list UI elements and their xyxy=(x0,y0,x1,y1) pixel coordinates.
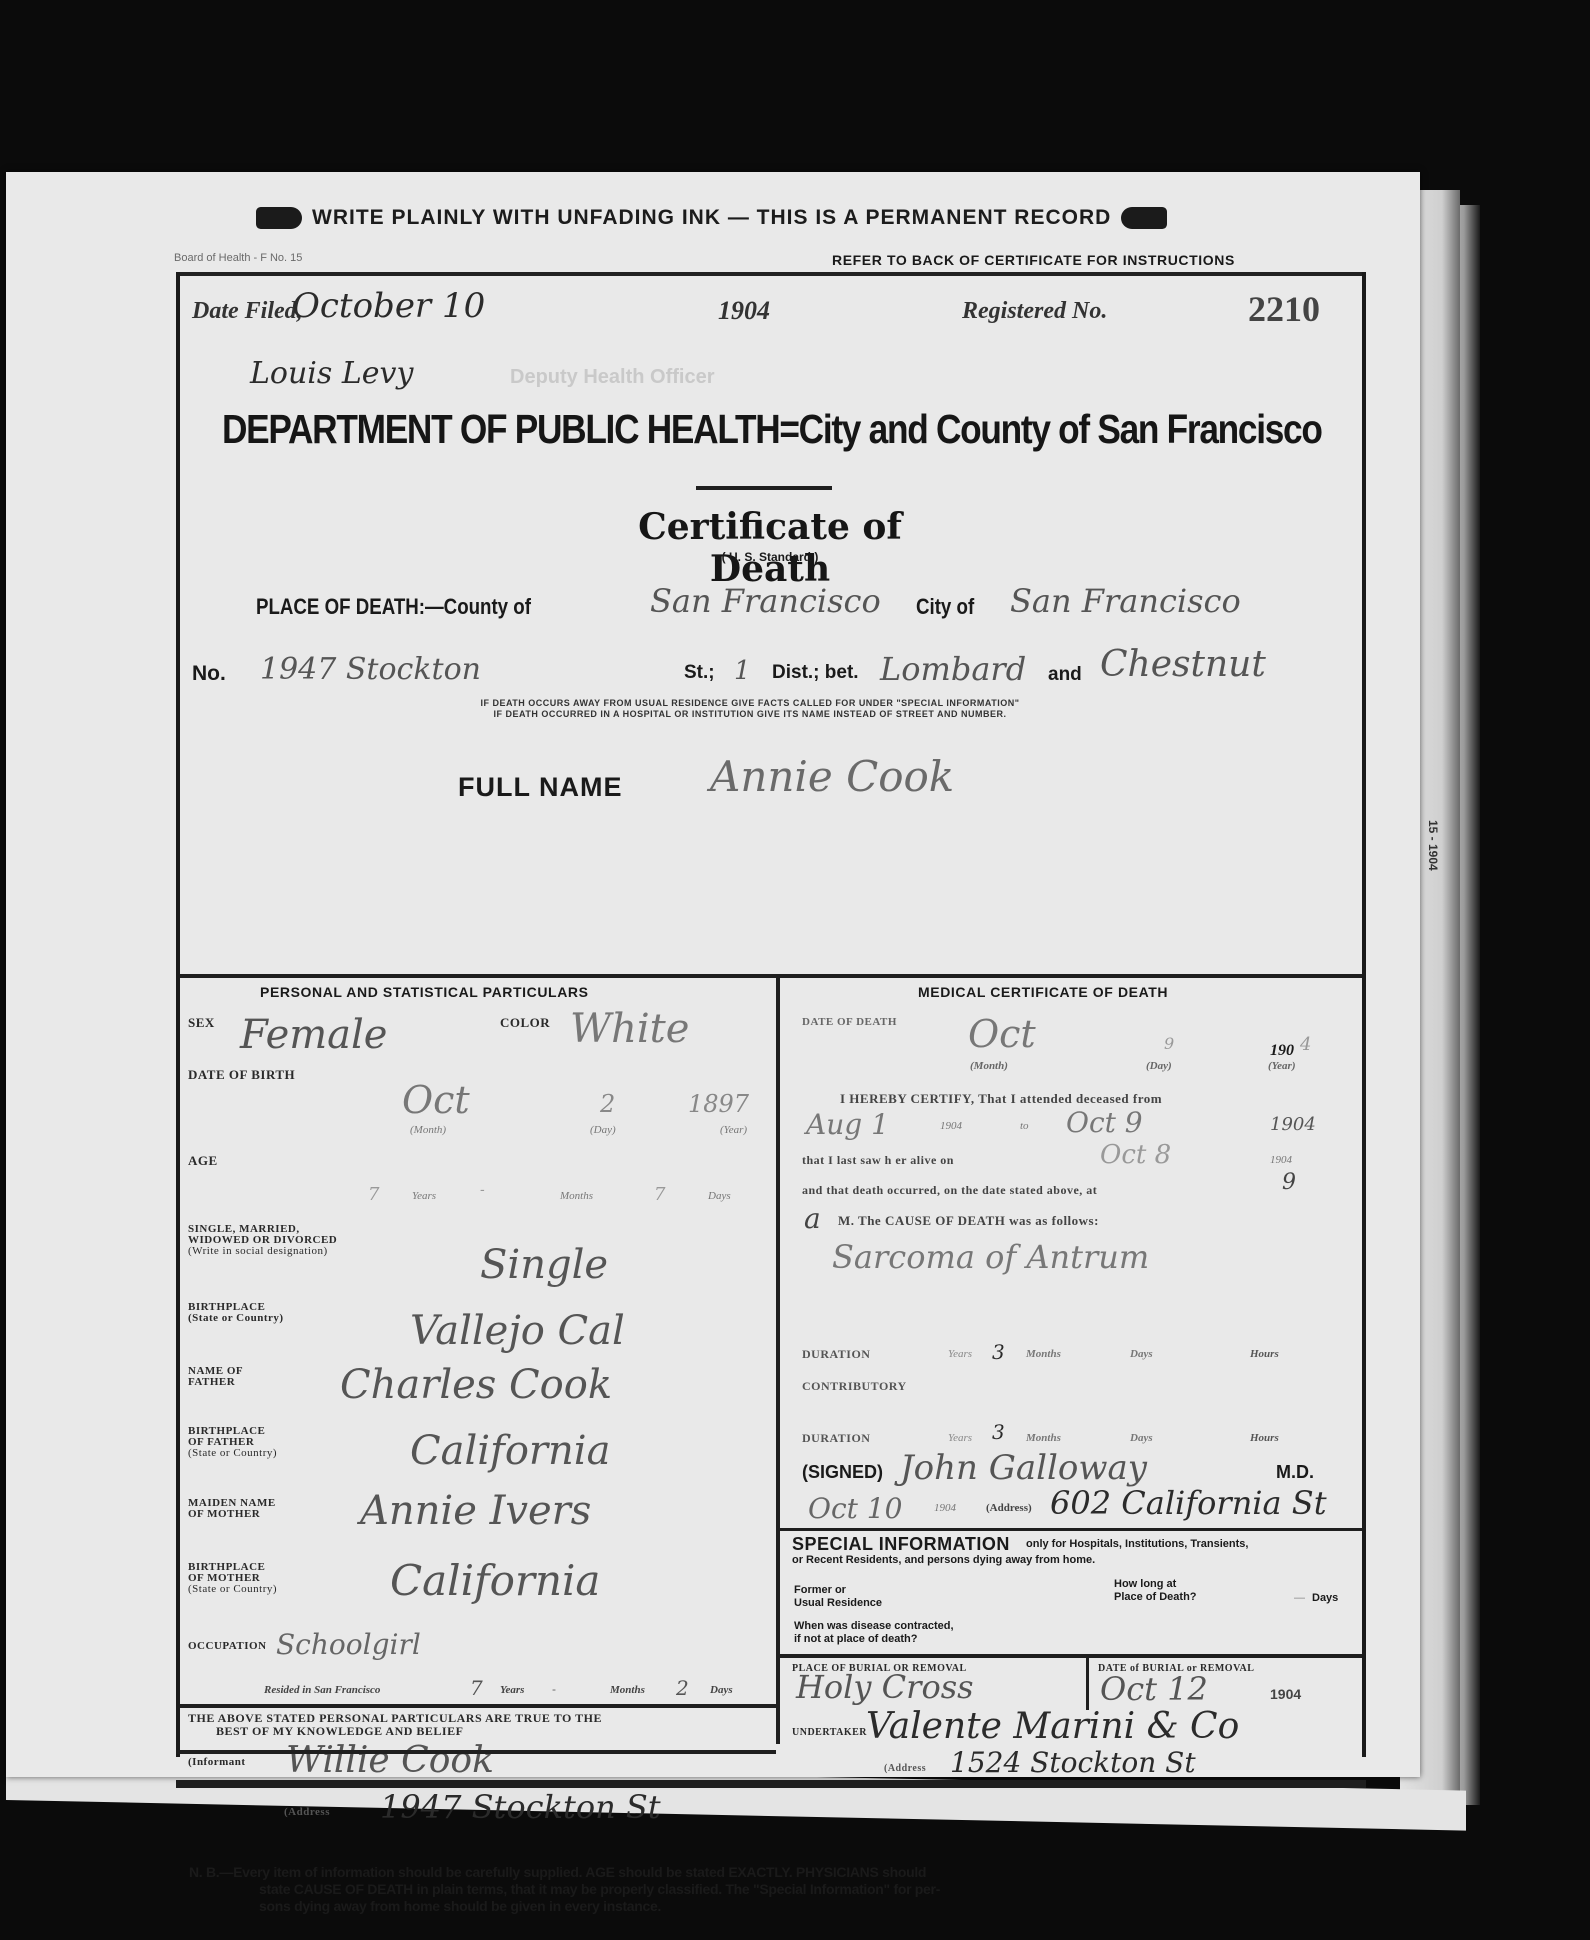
duration2-label: DURATION xyxy=(802,1432,870,1445)
undertaker-value: Valente Marini & Co xyxy=(866,1706,1239,1747)
personal-heading: PERSONAL AND STATISTICAL PARTICULARS xyxy=(260,984,589,1000)
informant-statement: THE ABOVE STATED PERSONAL PARTICULARS AR… xyxy=(188,1712,602,1738)
date-filed-value: October 10 xyxy=(292,286,485,326)
duration-years-caption: Years xyxy=(948,1348,972,1360)
age-years: 7 xyxy=(368,1184,379,1205)
father-name-label: NAME OF FATHER xyxy=(188,1366,243,1388)
burial-year: 1904 xyxy=(1270,1686,1301,1702)
registered-label: Registered No. xyxy=(962,298,1107,325)
to-label: to xyxy=(1020,1120,1029,1132)
st-label: St.; xyxy=(684,662,715,684)
resided-days: 2 xyxy=(676,1676,689,1700)
resided-label: Resided in San Francisco xyxy=(264,1684,380,1696)
certificate-subtitle: ( U. S. Standard ) xyxy=(670,550,870,564)
refer-note: REFER TO BACK OF CERTIFICATE FOR INSTRUC… xyxy=(832,252,1235,268)
informant-rule xyxy=(180,1704,776,1708)
former-residence-label: Former or Usual Residence xyxy=(794,1584,882,1610)
dod-day: 9 xyxy=(1164,1034,1174,1053)
how-long-value: — xyxy=(1294,1592,1305,1604)
how-long-days-label: Days xyxy=(1312,1592,1338,1604)
occupation-label: OCCUPATION xyxy=(188,1640,267,1653)
dob-label: DATE OF BIRTH xyxy=(188,1068,295,1081)
dod-day-caption: (Day) xyxy=(1146,1060,1172,1072)
contracted-label: When was disease contracted, if not at p… xyxy=(794,1620,954,1646)
place-of-death-label: PLACE OF DEATH:—County of xyxy=(256,594,531,620)
section-rule xyxy=(180,974,1362,978)
title-divider xyxy=(696,486,832,490)
undertaker-address-label: (Address xyxy=(884,1762,926,1775)
deputy-title: Deputy Health Officer xyxy=(510,366,714,389)
pointing-hand-icon xyxy=(1121,207,1167,229)
marital-value: Single xyxy=(480,1242,608,1288)
marital-label: SINGLE, MARRIED, WIDOWED OR DIVORCED (Wr… xyxy=(188,1224,337,1257)
department-title: DEPARTMENT OF PUBLIC HEALTH=City and Cou… xyxy=(222,406,1322,453)
burial-date-value: Oct 12 xyxy=(1100,1670,1208,1708)
father-birthplace-value: California xyxy=(410,1428,610,1474)
md-label: M.D. xyxy=(1276,1462,1314,1483)
dob-year: 1897 xyxy=(688,1090,749,1118)
signed-year: 1904 xyxy=(934,1502,956,1514)
dob-day: 2 xyxy=(600,1090,615,1118)
certify-text: I HEREBY CERTIFY, That I attended deceas… xyxy=(840,1092,1162,1105)
cause-value: Sarcoma of Antrum xyxy=(832,1238,1149,1276)
attended-from-year: 1904 xyxy=(940,1120,962,1132)
burial-rule xyxy=(780,1654,1362,1658)
ward-value: 1 xyxy=(734,656,751,686)
duration2-months: 3 xyxy=(992,1420,1005,1444)
form-code: Board of Health - F No. 15 xyxy=(174,252,302,264)
last-saw-value: Oct 8 xyxy=(1100,1140,1171,1170)
father-name-value: Charles Cook xyxy=(340,1362,612,1408)
physician-signature: John Galloway xyxy=(900,1448,1147,1488)
dod-year-caption: (Year) xyxy=(1268,1060,1296,1072)
street-no-value: 1947 Stockton xyxy=(260,652,481,687)
duration-days-caption: Days xyxy=(1130,1348,1153,1360)
contributory-label: CONTRIBUTORY xyxy=(802,1380,907,1393)
date-filed-label: Date Filed, xyxy=(192,298,303,325)
resided-years-caption: Years xyxy=(500,1684,524,1696)
duration2-months-caption: Months xyxy=(1026,1432,1061,1444)
certificate-frame: Date Filed, October 10 1904 Registered N… xyxy=(176,272,1366,1757)
special-note-2: or Recent Residents, and persons dying a… xyxy=(792,1554,1095,1566)
time-value: 9 xyxy=(1282,1170,1296,1195)
dod-year-suffix: 4 xyxy=(1300,1034,1311,1055)
footnote: N. B.—Every item of information should b… xyxy=(189,1864,1269,1915)
undertaker-label: UNDERTAKER xyxy=(792,1726,867,1739)
dob-month-caption: (Month) xyxy=(410,1124,446,1136)
mother-name-label: MAIDEN NAME OF MOTHER xyxy=(188,1498,276,1520)
mother-birthplace-value: California xyxy=(390,1556,600,1605)
between-street-1: Lombard xyxy=(880,650,1026,688)
street-no-label: No. xyxy=(192,662,226,686)
duration2-hours-caption: Hours xyxy=(1250,1432,1279,1444)
ampm-value: a xyxy=(804,1202,821,1235)
certificate-title: Certificate of Death xyxy=(580,506,960,590)
special-heading: SPECIAL INFORMATION xyxy=(792,1534,1010,1555)
age-months: - xyxy=(480,1182,485,1198)
father-birthplace-label: BIRTHPLACE OF FATHER (State or Country) xyxy=(188,1426,277,1459)
duration2-days-caption: Days xyxy=(1130,1432,1153,1444)
mother-birthplace-label: BIRTHPLACE OF MOTHER (State or Country) xyxy=(188,1562,277,1595)
duration-label: DURATION xyxy=(802,1348,870,1361)
how-long-label: How long at Place of Death? xyxy=(1114,1578,1197,1604)
birthplace-value: Vallejo Cal xyxy=(410,1308,625,1354)
duration-months-caption: Months xyxy=(1026,1348,1061,1360)
color-value: White xyxy=(570,1006,689,1052)
last-saw-year: 1904 xyxy=(1270,1154,1292,1166)
age-years-caption: Years xyxy=(412,1190,436,1202)
informant-address-label: (Address xyxy=(284,1806,330,1819)
dod-month: Oct xyxy=(968,1012,1036,1056)
undertaker-address: 1524 Stockton St xyxy=(950,1746,1196,1779)
age-label: AGE xyxy=(188,1154,218,1167)
informant-address: 1947 Stockton St xyxy=(380,1788,661,1826)
dob-day-caption: (Day) xyxy=(590,1124,616,1136)
color-label: COLOR xyxy=(500,1016,550,1029)
special-rule xyxy=(780,1528,1362,1531)
place-instructions: IF DEATH OCCURS AWAY FROM USUAL RESIDENC… xyxy=(300,698,1200,720)
attended-from: Aug 1 xyxy=(806,1108,889,1141)
city-label: City of xyxy=(916,594,974,620)
side-margin-marks: 15 - 1904 xyxy=(1420,820,1440,871)
cause-text: M. The CAUSE OF DEATH was as follows: xyxy=(838,1214,1099,1227)
and-label: and xyxy=(1048,664,1082,686)
duration-months: 3 xyxy=(992,1340,1005,1364)
deputy-signature: Louis Levy xyxy=(250,356,413,391)
dod-label: DATE OF DEATH xyxy=(802,1016,897,1029)
burial-place-value: Holy Cross xyxy=(796,1668,974,1706)
dob-month: Oct xyxy=(402,1078,470,1122)
last-saw-text: that I last saw h er alive on xyxy=(802,1154,954,1167)
mother-name-value: Annie Ivers xyxy=(360,1488,591,1534)
informant-label: (Informant xyxy=(188,1756,246,1769)
informant-value: Willie Cook xyxy=(286,1740,494,1781)
between-street-2: Chestnut xyxy=(1100,644,1266,685)
resided-years: 7 xyxy=(470,1676,483,1700)
attended-to: Oct 9 xyxy=(1066,1106,1143,1139)
occupation-value: Schoolgirl xyxy=(276,1628,421,1661)
signed-label: (SIGNED) xyxy=(802,1462,883,1483)
pointing-hand-icon xyxy=(256,207,302,229)
occurred-text: and that death occurred, on the date sta… xyxy=(802,1184,1097,1197)
sex-value: Female xyxy=(240,1012,387,1058)
dod-month-caption: (Month) xyxy=(970,1060,1008,1072)
burial-divider xyxy=(1086,1658,1089,1710)
banner-text: WRITE PLAINLY WITH UNFADING INK — THIS I… xyxy=(312,206,1111,230)
birthplace-label: BIRTHPLACE (State or Country) xyxy=(188,1302,284,1324)
full-name-value: Annie Cook xyxy=(710,752,954,801)
city-value: San Francisco xyxy=(1010,582,1241,620)
age-days-caption: Days xyxy=(708,1190,731,1202)
top-rule xyxy=(180,272,1362,276)
resided-months: - xyxy=(552,1682,556,1696)
banner: WRITE PLAINLY WITH UNFADING INK — THIS I… xyxy=(256,206,1167,230)
attended-to-year: 1904 xyxy=(1270,1114,1316,1135)
signed-date: Oct 10 xyxy=(808,1492,902,1525)
dist-label: Dist.; bet. xyxy=(772,662,859,684)
county-value: San Francisco xyxy=(650,582,881,620)
date-filed-year: 1904 xyxy=(718,296,770,326)
duration-hours-caption: Hours xyxy=(1250,1348,1279,1360)
age-months-caption: Months xyxy=(560,1190,593,1202)
dod-year-prefix: 190 xyxy=(1270,1042,1294,1060)
registered-number: 2210 xyxy=(1248,288,1320,330)
physician-address: 602 California St xyxy=(1050,1484,1327,1522)
column-divider xyxy=(776,974,780,1744)
bottom-rule xyxy=(176,1780,1366,1788)
duration2-years-caption: Years xyxy=(948,1432,972,1444)
age-days: 7 xyxy=(654,1184,665,1205)
special-note-1: only for Hospitals, Institutions, Transi… xyxy=(1026,1538,1248,1550)
dob-year-caption: (Year) xyxy=(720,1124,747,1136)
resided-days-caption: Days xyxy=(710,1684,733,1696)
physician-address-label: (Address) xyxy=(986,1502,1032,1514)
bottom-rule-left xyxy=(176,1750,776,1754)
resided-months-caption: Months xyxy=(610,1684,645,1696)
medical-heading: MEDICAL CERTIFICATE OF DEATH xyxy=(918,984,1168,1000)
death-certificate-page: WRITE PLAINLY WITH UNFADING INK — THIS I… xyxy=(6,172,1420,1777)
full-name-label: FULL NAME xyxy=(458,772,623,803)
sex-label: SEX xyxy=(188,1016,215,1029)
